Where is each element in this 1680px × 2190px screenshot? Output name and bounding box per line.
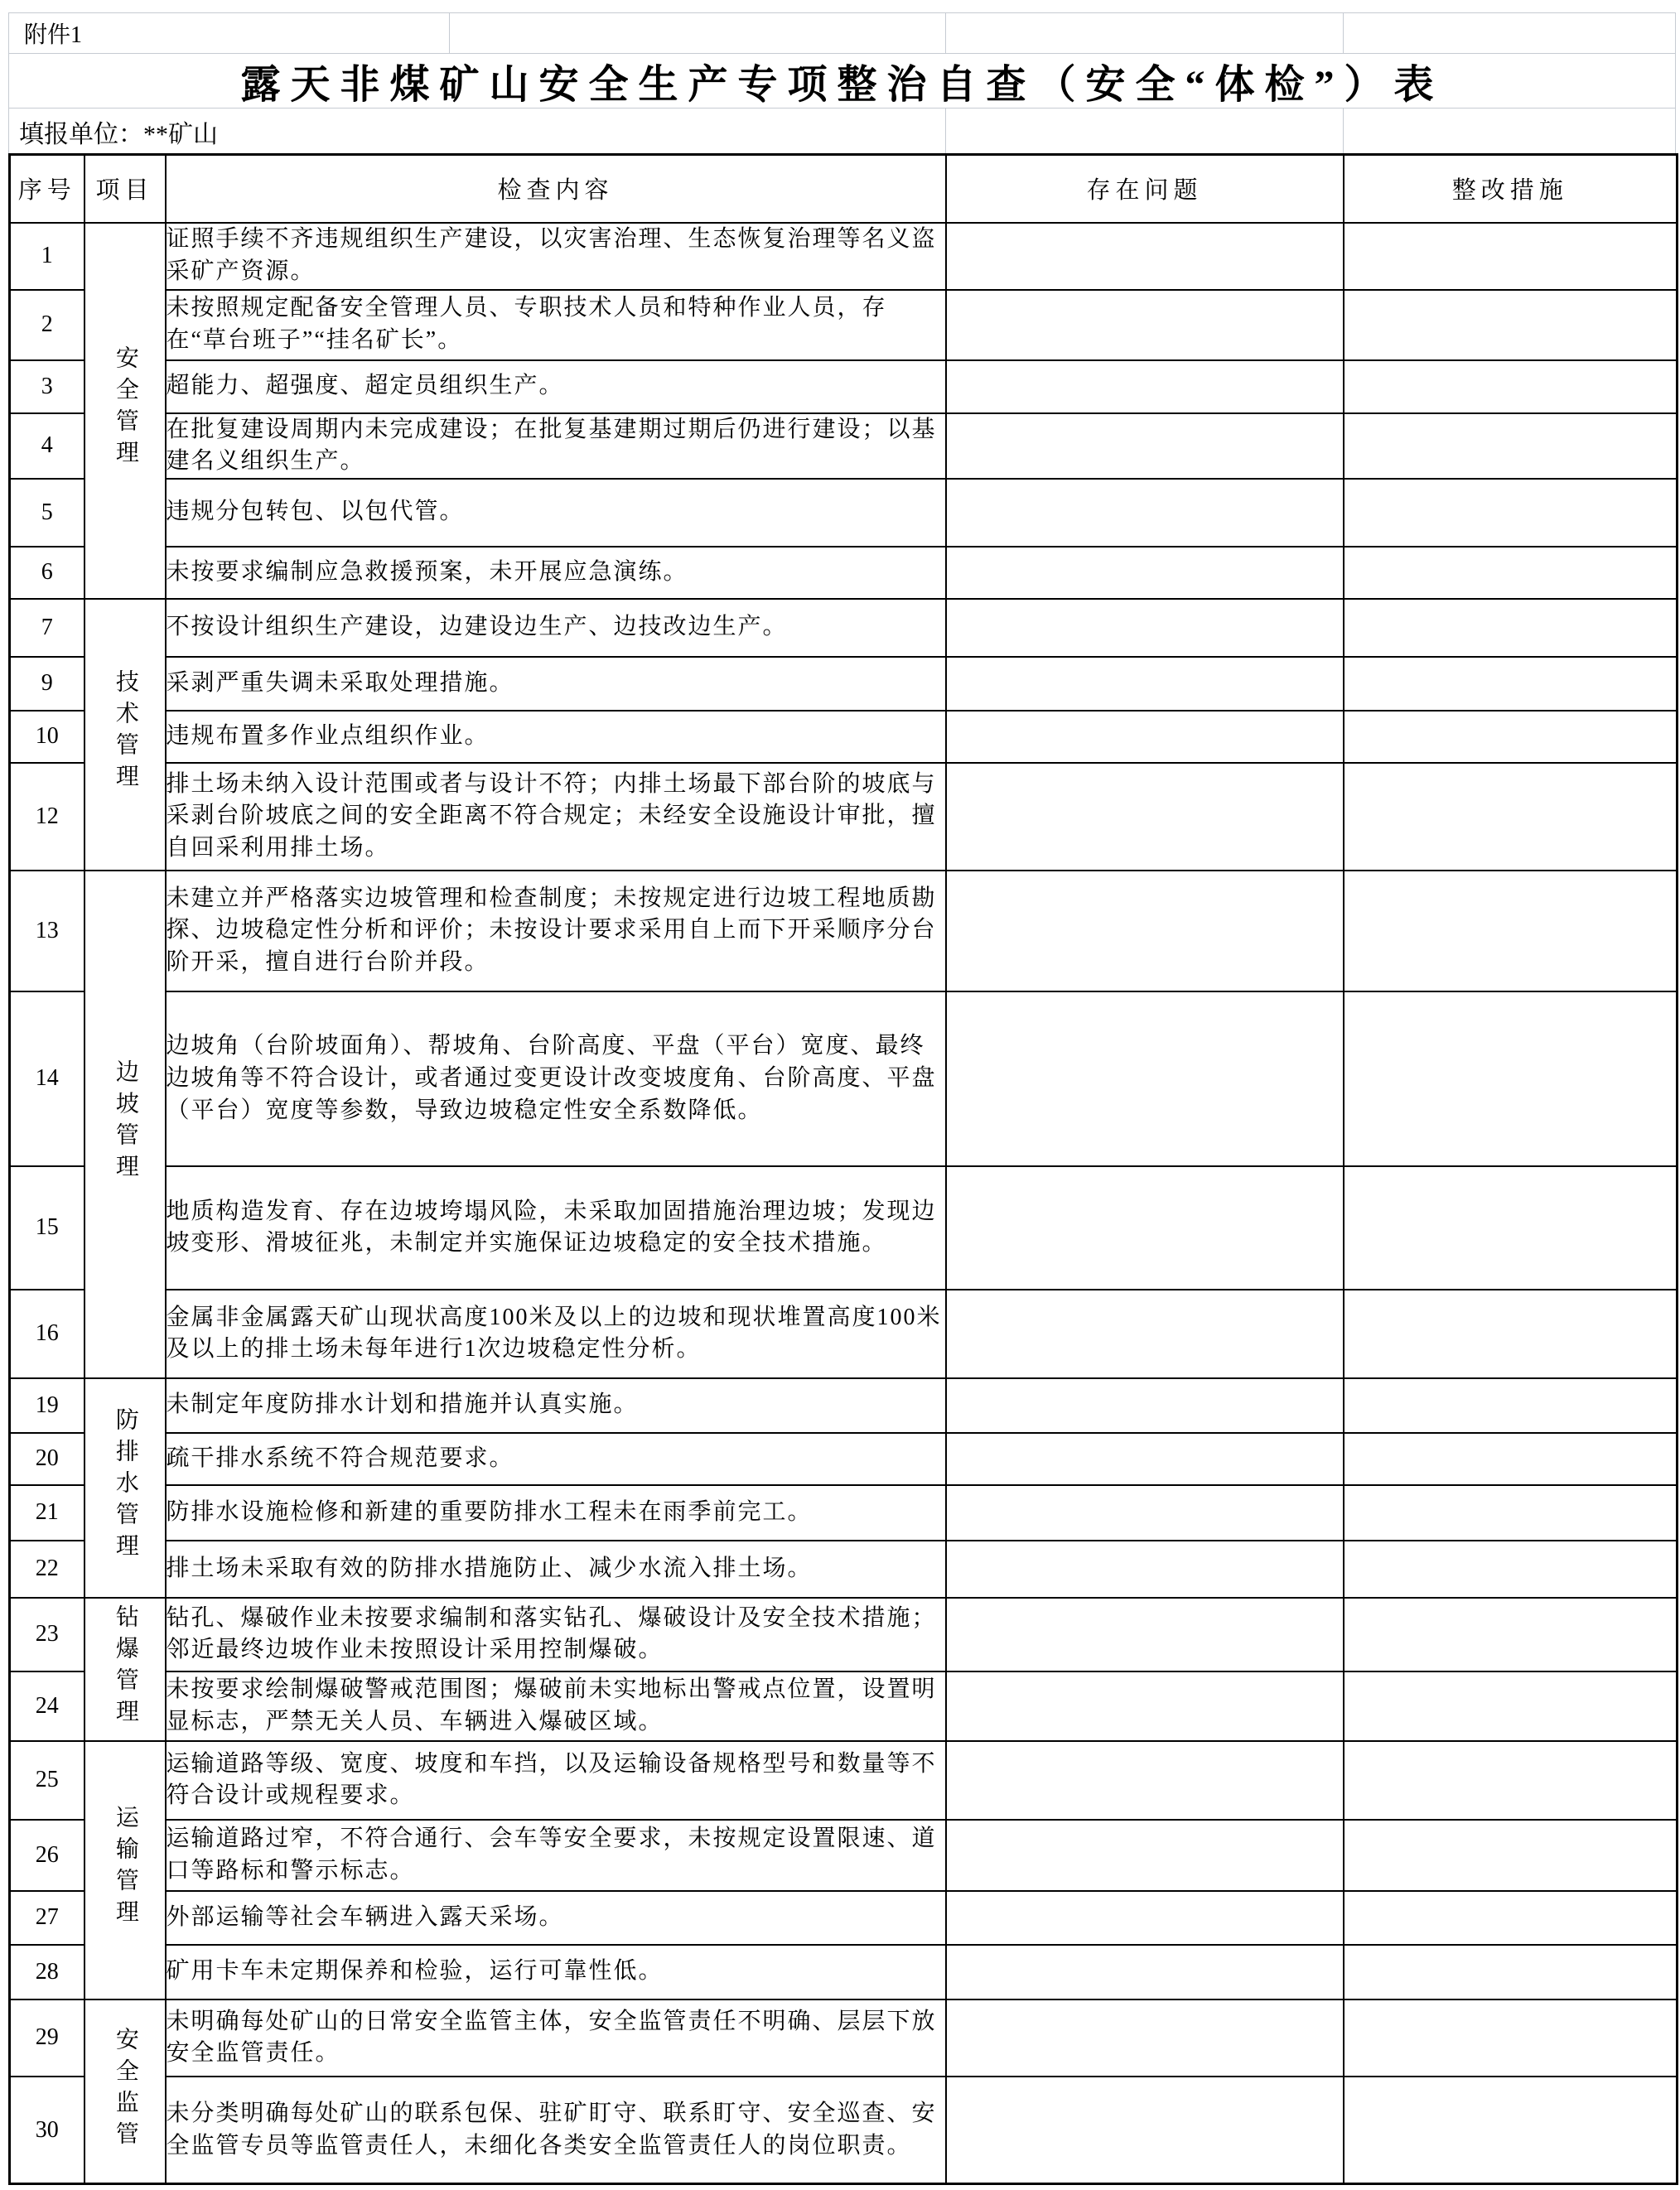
measure-input-cell[interactable] [1344,711,1678,763]
category-label: 运输管理 [112,1805,138,1931]
category-cell: 技术管理 [84,599,166,871]
inspection-content-cell: 未按要求编制应急救援预案，未开展应急演练。 [166,547,946,599]
problem-input-cell[interactable] [946,1485,1344,1541]
measure-input-cell[interactable] [1344,2077,1678,2184]
measure-input-cell[interactable] [1344,1820,1678,1891]
category-label: 安全管理 [112,345,138,471]
table-header-row: 序号 项目 检查内容 存在问题 整改措施 [10,155,1678,223]
inspection-content-cell: 未制定年度防排水计划和措施并认真实施。 [166,1378,946,1433]
inspection-content-cell: 排土场未采取有效的防排水措施防止、减少水流入排土场。 [166,1541,946,1598]
category-cell: 防排水管理 [84,1378,166,1598]
gridline [1343,109,1344,154]
reporting-unit-label: 填报单位：**矿山 [19,113,218,150]
row-number-cell: 16 [10,1290,84,1378]
inspection-content-cell: 边坡角（台阶坡面角）、帮坡角、台阶高度、平盘（平台）宽度、最终边坡角等不符合设计… [166,991,946,1166]
problem-input-cell[interactable] [946,1541,1344,1598]
problem-input-cell[interactable] [946,223,1344,290]
row-number-cell: 29 [10,1999,84,2077]
table-row: 13边坡管理未建立并严格落实边坡管理和检查制度；未按规定进行边坡工程地质勘探、边… [10,871,1678,991]
table-row: 2未按照规定配备安全管理人员、专职技术人员和特种作业人员，存在“草台班子”“挂名… [10,290,1678,360]
table-row: 6未按要求编制应急救援预案，未开展应急演练。 [10,547,1678,599]
row-number-cell: 15 [10,1166,84,1290]
problem-input-cell[interactable] [946,1671,1344,1741]
row-number-cell: 2 [10,290,84,360]
table-row: 16金属非金属露天矿山现状高度100米及以上的边坡和现状堆置高度100米及以上的… [10,1290,1678,1378]
header-inspection-content: 检查内容 [166,155,946,223]
measure-input-cell[interactable] [1344,871,1678,991]
measure-input-cell[interactable] [1344,223,1678,290]
inspection-content-cell: 未明确每处矿山的日常安全监管主体，安全监管责任不明确、层层下放安全监管责任。 [166,1999,946,2077]
inspection-content-cell: 疏干排水系统不符合规范要求。 [166,1433,946,1485]
table-row: 22排土场未采取有效的防排水措施防止、减少水流入排土场。 [10,1541,1678,1598]
inspection-content-cell: 运输道路过窄，不符合通行、会车等安全要求，未按规定设置限速、道口等路标和警示标志… [166,1820,946,1891]
table-row: 10违规布置多作业点组织作业。 [10,711,1678,763]
measure-input-cell[interactable] [1344,1166,1678,1290]
inspection-content-cell: 在批复建设周期内未完成建设；在批复基建期过期后仍进行建设；以基建名义组织生产。 [166,413,946,479]
inspection-content-cell: 钻孔、爆破作业未按要求编制和落实钻孔、爆破设计及安全技术措施；邻近最终边坡作业未… [166,1598,946,1671]
problem-input-cell[interactable] [946,1820,1344,1891]
sheet-header-block: 附件1 露天非煤矿山安全生产专项整治自查（安全“体检”）表 填报单位：**矿山 [8,12,1676,154]
problem-input-cell[interactable] [946,547,1344,599]
category-cell: 钻爆管理 [84,1598,166,1741]
inspection-content-cell: 金属非金属露天矿山现状高度100米及以上的边坡和现状堆置高度100米及以上的排土… [166,1290,946,1378]
measure-input-cell[interactable] [1344,763,1678,871]
header-category: 项目 [84,155,166,223]
row-number-cell: 20 [10,1433,84,1485]
measure-input-cell[interactable] [1344,290,1678,360]
measure-input-cell[interactable] [1344,657,1678,711]
category-label: 边坡管理 [112,1059,138,1185]
table-row: 20疏干排水系统不符合规范要求。 [10,1433,1678,1485]
inspection-content-cell: 不按设计组织生产建设，边建设边生产、边技改边生产。 [166,599,946,657]
gridline [945,13,946,53]
inspection-content-cell: 防排水设施检修和新建的重要防排水工程未在雨季前完工。 [166,1485,946,1541]
table-row: 24未按要求绘制爆破警戒范围图；爆破前未实地标出警戒点位置，设置明显标志，严禁无… [10,1671,1678,1741]
measure-input-cell[interactable] [1344,1485,1678,1541]
problem-input-cell[interactable] [946,711,1344,763]
header-serial-number: 序号 [10,155,84,223]
inspection-content-cell: 违规分包转包、以包代管。 [166,479,946,547]
attachment-label: 附件1 [24,17,82,50]
problem-input-cell[interactable] [946,1741,1344,1820]
row-number-cell: 6 [10,547,84,599]
table-row: 21防排水设施检修和新建的重要防排水工程未在雨季前完工。 [10,1485,1678,1541]
problem-input-cell[interactable] [946,1166,1344,1290]
category-cell: 运输管理 [84,1741,166,1999]
problem-input-cell[interactable] [946,2077,1344,2184]
table-row: 1安全管理证照手续不齐违规组织生产建设，以灾害治理、生态恢复治理等名义盗采矿产资… [10,223,1678,290]
table-row: 19防排水管理未制定年度防排水计划和措施并认真实施。 [10,1378,1678,1433]
unit-row: 填报单位：**矿山 [9,109,1675,154]
category-label: 防排水管理 [112,1407,138,1565]
header-rectification-measures: 整改措施 [1344,155,1678,223]
gridline [1343,13,1344,53]
problem-input-cell[interactable] [946,763,1344,871]
category-cell: 安全管理 [84,223,166,599]
problem-input-cell[interactable] [946,413,1344,479]
problem-input-cell[interactable] [946,360,1344,413]
row-number-cell: 1 [10,223,84,290]
page-title: 露天非煤矿山安全生产专项整治自查（安全“体检”）表 [240,52,1443,109]
category-cell: 安全监管 [84,1999,166,2184]
measure-input-cell[interactable] [1344,1741,1678,1820]
measure-input-cell[interactable] [1344,360,1678,413]
inspection-content-cell: 地质构造发育、存在边坡垮塌风险，未采取加固措施治理边坡；发现边坡变形、滑坡征兆，… [166,1166,946,1290]
table-row: 28矿用卡车未定期保养和检验，运行可靠性低。 [10,1945,1678,1999]
row-number-cell: 14 [10,991,84,1166]
inspection-content-cell: 排土场未纳入设计范围或者与设计不符；内排土场最下部台阶的坡底与采剥台阶坡底之间的… [166,763,946,871]
measure-input-cell[interactable] [1344,1891,1678,1945]
table-row: 29安全监管未明确每处矿山的日常安全监管主体，安全监管责任不明确、层层下放安全监… [10,1999,1678,2077]
row-number-cell: 12 [10,763,84,871]
row-number-cell: 9 [10,657,84,711]
row-number-cell: 26 [10,1820,84,1891]
table-row: 3超能力、超强度、超定员组织生产。 [10,360,1678,413]
measure-input-cell[interactable] [1344,413,1678,479]
measure-input-cell[interactable] [1344,479,1678,547]
problem-input-cell[interactable] [946,599,1344,657]
row-number-cell: 4 [10,413,84,479]
inspection-content-cell: 超能力、超强度、超定员组织生产。 [166,360,946,413]
measure-input-cell[interactable] [1344,1378,1678,1433]
table-row: 7技术管理不按设计组织生产建设，边建设边生产、边技改边生产。 [10,599,1678,657]
problem-input-cell[interactable] [946,1378,1344,1433]
table-row: 4在批复建设周期内未完成建设；在批复基建期过期后仍进行建设；以基建名义组织生产。 [10,413,1678,479]
inspection-content-cell: 运输道路等级、宽度、坡度和车挡，以及运输设备规格型号和数量等不符合设计或规程要求… [166,1741,946,1820]
category-cell: 边坡管理 [84,871,166,1378]
gridline [449,13,450,53]
measure-input-cell[interactable] [1344,1541,1678,1598]
problem-input-cell[interactable] [946,1433,1344,1485]
problem-input-cell[interactable] [946,1891,1344,1945]
inspection-content-cell: 未按要求绘制爆破警戒范围图；爆破前未实地标出警戒点位置，设置明显标志，严禁无关人… [166,1671,946,1741]
table-row: 25运输管理运输道路等级、宽度、坡度和车挡，以及运输设备规格型号和数量等不符合设… [10,1741,1678,1820]
table-row: 9采剥严重失调未采取处理措施。 [10,657,1678,711]
problem-input-cell[interactable] [946,1945,1344,1999]
inspection-content-cell: 违规布置多作业点组织作业。 [166,711,946,763]
table-row: 5违规分包转包、以包代管。 [10,479,1678,547]
row-number-cell: 3 [10,360,84,413]
measure-input-cell[interactable] [1344,1999,1678,2077]
attachment-row: 附件1 [9,13,1675,54]
row-number-cell: 30 [10,2077,84,2184]
gridline [945,109,946,154]
self-inspection-table: 序号 项目 检查内容 存在问题 整改措施 1安全管理证照手续不齐违规组织生产建设… [8,153,1678,2185]
problem-input-cell[interactable] [946,479,1344,547]
table-row: 23钻爆管理钻孔、爆破作业未按要求编制和落实钻孔、爆破设计及安全技术措施；邻近最… [10,1598,1678,1671]
inspection-content-cell: 未分类明确每处矿山的联系包保、驻矿盯守、联系盯守、安全巡查、安全监管专员等监管责… [166,2077,946,2184]
title-row: 露天非煤矿山安全生产专项整治自查（安全“体检”）表 [9,54,1675,109]
table-row: 14边坡角（台阶坡面角）、帮坡角、台阶高度、平盘（平台）宽度、最终边坡角等不符合… [10,991,1678,1166]
table-row: 12排土场未纳入设计范围或者与设计不符；内排土场最下部台阶的坡底与采剥台阶坡底之… [10,763,1678,871]
inspection-content-cell: 未按照规定配备安全管理人员、专职技术人员和特种作业人员，存在“草台班子”“挂名矿… [166,290,946,360]
measure-input-cell[interactable] [1344,1290,1678,1378]
row-number-cell: 19 [10,1378,84,1433]
table-row: 30未分类明确每处矿山的联系包保、驻矿盯守、联系盯守、安全巡查、安全监管专员等监… [10,2077,1678,2184]
row-number-cell: 23 [10,1598,84,1671]
inspection-content-cell: 矿用卡车未定期保养和检验，运行可靠性低。 [166,1945,946,1999]
row-number-cell: 24 [10,1671,84,1741]
row-number-cell: 21 [10,1485,84,1541]
table-row: 27外部运输等社会车辆进入露天采场。 [10,1891,1678,1945]
table-body: 1安全管理证照手续不齐违规组织生产建设，以灾害治理、生态恢复治理等名义盗采矿产资… [10,223,1678,2184]
category-label: 钻爆管理 [112,1604,138,1730]
problem-input-cell[interactable] [946,1999,1344,2077]
spreadsheet: 附件1 露天非煤矿山安全生产专项整治自查（安全“体检”）表 填报单位：**矿山 … [0,0,1680,2190]
table-row: 15地质构造发育、存在边坡垮塌风险，未采取加固措施治理边坡；发现边坡变形、滑坡征… [10,1166,1678,1290]
row-number-cell: 5 [10,479,84,547]
measure-input-cell[interactable] [1344,1433,1678,1485]
measure-input-cell[interactable] [1344,991,1678,1166]
category-label: 安全监管 [112,2027,138,2153]
row-number-cell: 10 [10,711,84,763]
row-number-cell: 7 [10,599,84,657]
measure-input-cell[interactable] [1344,599,1678,657]
problem-input-cell[interactable] [946,991,1344,1166]
row-number-cell: 13 [10,871,84,991]
inspection-content-cell: 采剥严重失调未采取处理措施。 [166,657,946,711]
measure-input-cell[interactable] [1344,1945,1678,1999]
header-existing-problems: 存在问题 [946,155,1344,223]
problem-input-cell[interactable] [946,290,1344,360]
problem-input-cell[interactable] [946,657,1344,711]
row-number-cell: 28 [10,1945,84,1999]
measure-input-cell[interactable] [1344,547,1678,599]
row-number-cell: 22 [10,1541,84,1598]
inspection-content-cell: 证照手续不齐违规组织生产建设，以灾害治理、生态恢复治理等名义盗采矿产资源。 [166,223,946,290]
row-number-cell: 25 [10,1741,84,1820]
row-number-cell: 27 [10,1891,84,1945]
measure-input-cell[interactable] [1344,1671,1678,1741]
problem-input-cell[interactable] [946,871,1344,991]
category-label: 技术管理 [112,669,138,795]
problem-input-cell[interactable] [946,1290,1344,1378]
measure-input-cell[interactable] [1344,1598,1678,1671]
problem-input-cell[interactable] [946,1598,1344,1671]
inspection-content-cell: 外部运输等社会车辆进入露天采场。 [166,1891,946,1945]
inspection-content-cell: 未建立并严格落实边坡管理和检查制度；未按规定进行边坡工程地质勘探、边坡稳定性分析… [166,871,946,991]
table-row: 26运输道路过窄，不符合通行、会车等安全要求，未按规定设置限速、道口等路标和警示… [10,1820,1678,1891]
